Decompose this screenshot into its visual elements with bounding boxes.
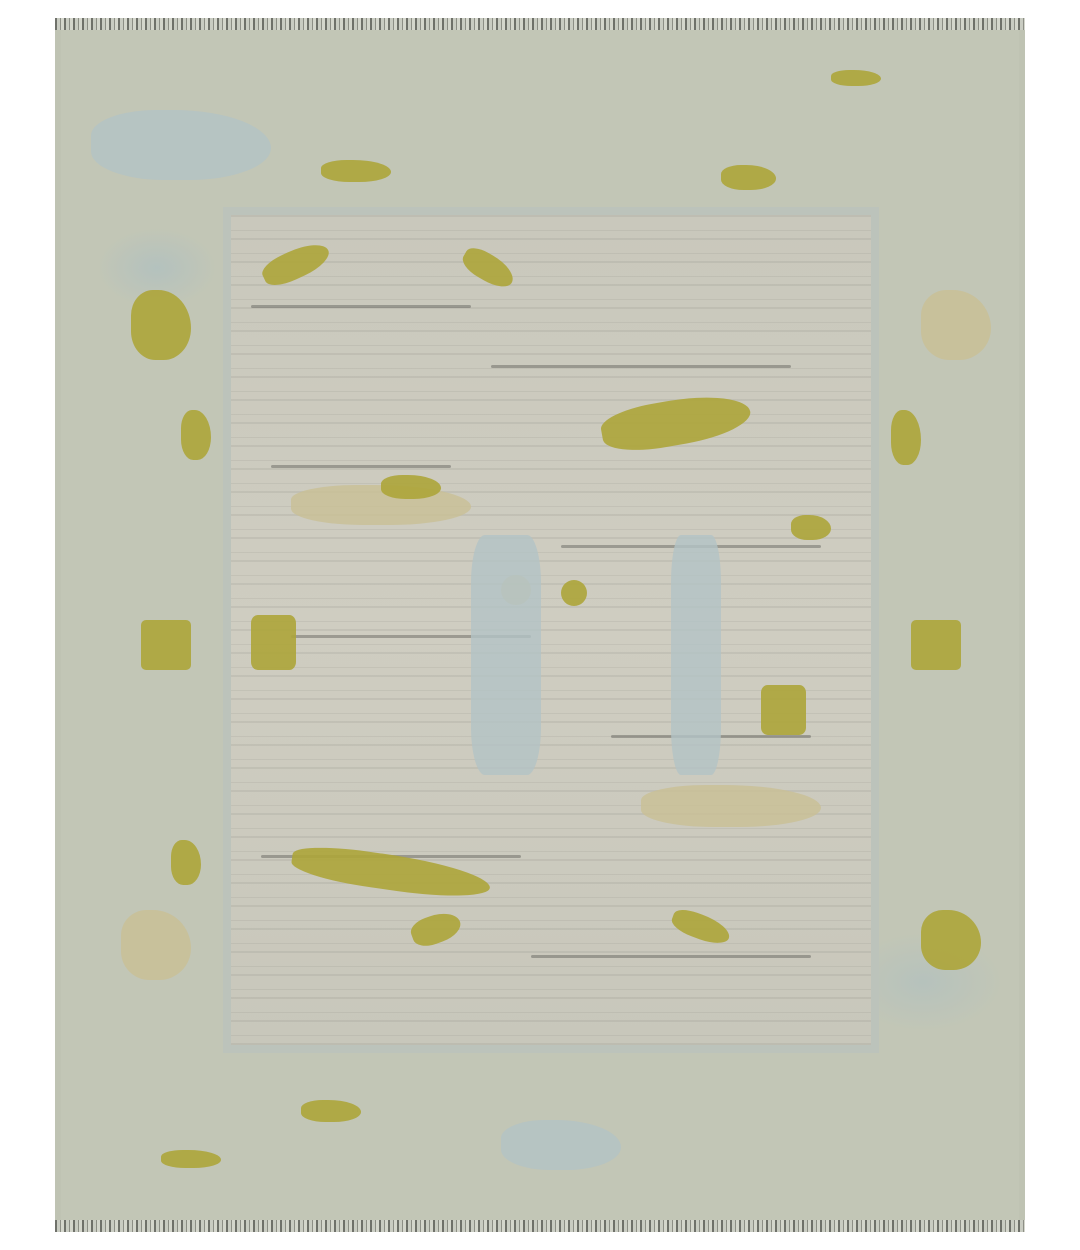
- field-motif: [791, 515, 831, 540]
- border-motif: [721, 165, 776, 190]
- border-motif: [161, 1150, 221, 1168]
- border-motif: [921, 290, 991, 360]
- border-motif: [921, 910, 981, 970]
- field-motif: [251, 615, 296, 670]
- abrash-streak: [491, 365, 791, 368]
- field-motif: [408, 907, 465, 950]
- field-motif: [561, 580, 587, 606]
- field-motif: [290, 841, 493, 903]
- rug-field: [231, 215, 871, 1045]
- border-motif: [131, 290, 191, 360]
- field-motif: [471, 535, 541, 775]
- field-motif: [381, 475, 441, 499]
- abrash-streak: [271, 465, 451, 468]
- field-motif: [761, 685, 806, 735]
- border-motif: [911, 620, 961, 670]
- rug-product-photo: [55, 18, 1025, 1232]
- abrash-streak: [531, 955, 811, 958]
- field-motif: [598, 387, 754, 457]
- border-motif: [831, 70, 881, 86]
- field-motif: [458, 243, 519, 293]
- border-motif: [91, 110, 271, 180]
- rug-fringe-top: [55, 18, 1025, 30]
- field-motif: [669, 905, 734, 948]
- border-motif: [121, 910, 191, 980]
- border-motif: [501, 1120, 621, 1170]
- field-motif: [671, 535, 721, 775]
- rug-fringe-bottom: [55, 1220, 1025, 1232]
- rug-border: [61, 30, 1019, 1220]
- border-motif: [321, 160, 391, 182]
- field-motif: [258, 237, 333, 292]
- border-motif: [171, 840, 201, 885]
- abrash-streak: [251, 305, 471, 308]
- border-motif: [181, 410, 211, 460]
- border-motif: [141, 620, 191, 670]
- border-motif: [891, 410, 921, 465]
- border-motif: [301, 1100, 361, 1122]
- field-motif: [641, 785, 821, 827]
